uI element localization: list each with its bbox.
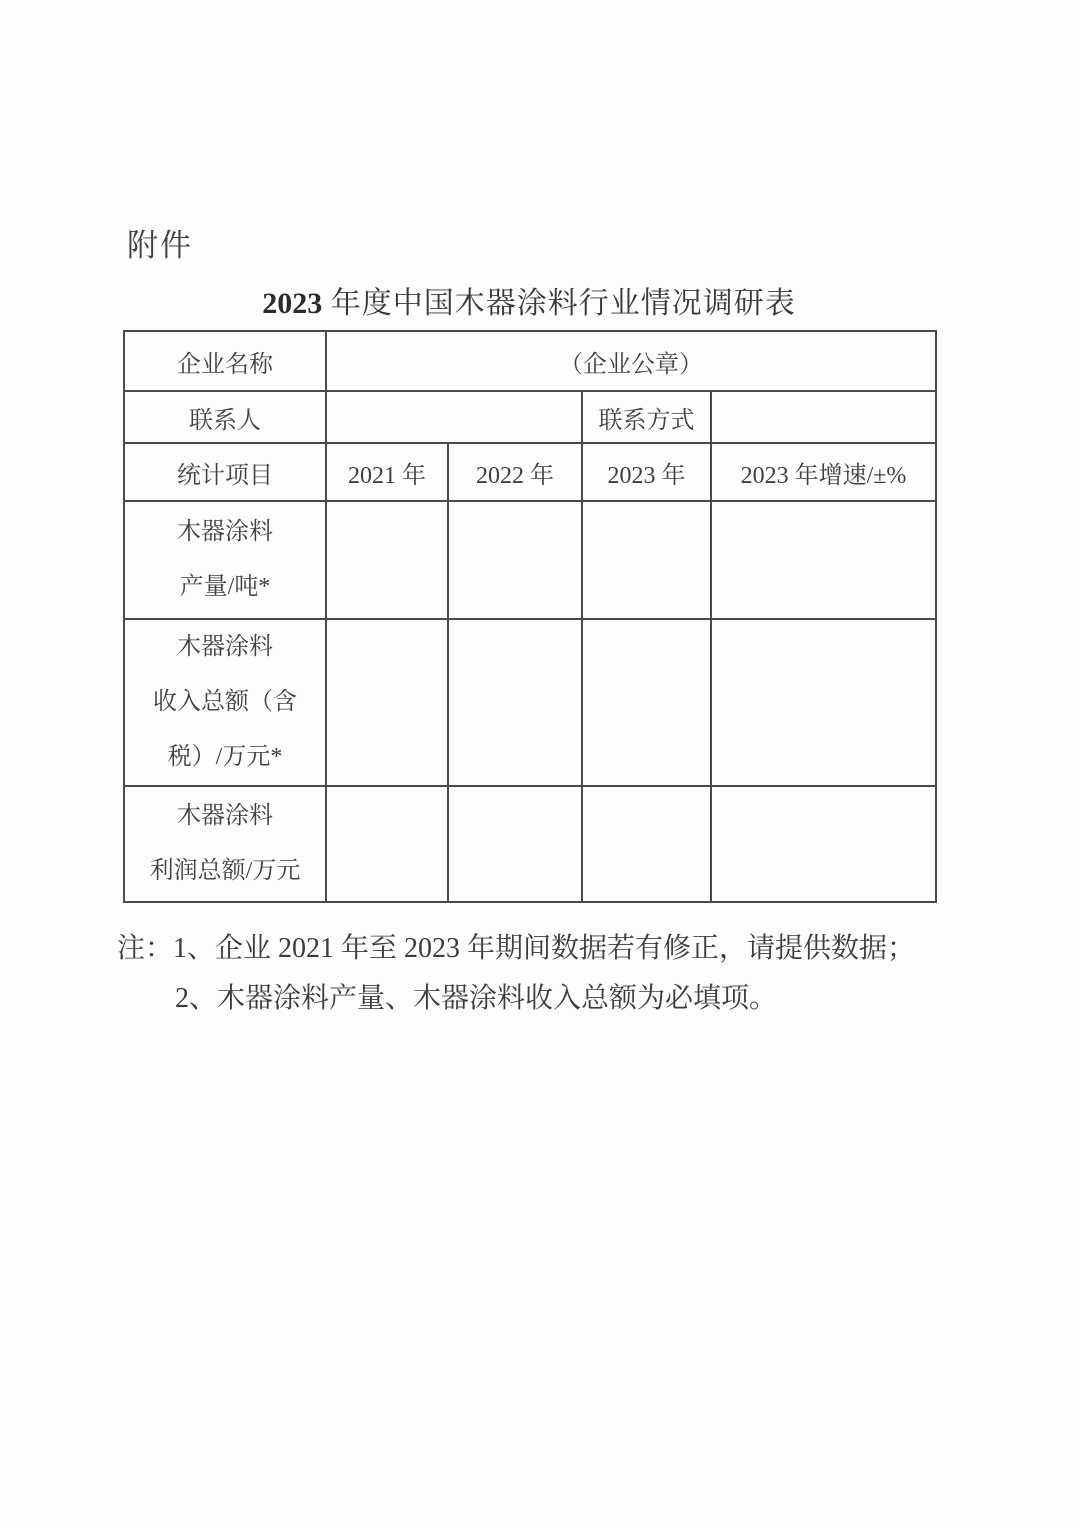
document-page: 附件 2023 年度中国木器涂料行业情况调研表 企业名称 （企业公章） 联系人 …: [0, 0, 1080, 1527]
row-label-revenue: 木器涂料 收入总额（含 税）/万元*: [124, 619, 326, 786]
note-line-1: 注：1、企业 2021 年至 2023 年期间数据若有修正，请提供数据；: [117, 924, 977, 974]
page-title-text: 年度中国木器涂料行业情况调研表: [322, 287, 796, 320]
table-row: 企业名称 （企业公章）: [124, 331, 936, 391]
note-line-2: 2、木器涂料产量、木器涂料收入总额为必填项。: [117, 974, 977, 1024]
empty-data-cell: [448, 786, 582, 902]
year-2021-header-cell: 2021 年: [326, 443, 448, 501]
company-seal-label-cell: （企业公章）: [326, 331, 936, 391]
table-row: 联系人 联系方式: [124, 391, 936, 443]
empty-data-cell: [711, 786, 936, 902]
empty-data-cell: [711, 619, 936, 786]
empty-data-cell: [582, 619, 711, 786]
row-label-production: 木器涂料 产量/吨*: [124, 501, 326, 619]
company-name-label-cell: 企业名称: [124, 331, 326, 391]
survey-table: 企业名称 （企业公章） 联系人 联系方式 统计项目 2021 年 2022 年 …: [123, 330, 937, 903]
table-row-production: 木器涂料 产量/吨*: [124, 501, 936, 619]
empty-data-cell: [448, 619, 582, 786]
empty-data-cell: [448, 501, 582, 619]
contact-method-input-cell: [711, 391, 936, 443]
table-row-revenue: 木器涂料 收入总额（含 税）/万元*: [124, 619, 936, 786]
empty-data-cell: [582, 786, 711, 902]
table-header-row: 统计项目 2021 年 2022 年 2023 年 2023 年增速/±%: [124, 443, 936, 501]
stat-item-header-cell: 统计项目: [124, 443, 326, 501]
notes-block: 注：1、企业 2021 年至 2023 年期间数据若有修正，请提供数据； 2、木…: [117, 924, 977, 1024]
page-title-year: 2023: [262, 287, 322, 320]
year-2022-header-cell: 2022 年: [448, 443, 582, 501]
contact-input-cell: [326, 391, 582, 443]
attachment-label: 附件: [127, 220, 193, 265]
table-row-profit: 木器涂料 利润总额/万元: [124, 786, 936, 902]
row-label-profit: 木器涂料 利润总额/万元: [124, 786, 326, 902]
empty-data-cell: [326, 786, 448, 902]
page-title: 2023 年度中国木器涂料行业情况调研表: [123, 278, 935, 322]
growth-2023-header-cell: 2023 年增速/±%: [711, 443, 936, 501]
empty-data-cell: [326, 501, 448, 619]
contact-method-label-cell: 联系方式: [582, 391, 711, 443]
empty-data-cell: [711, 501, 936, 619]
contact-label-cell: 联系人: [124, 391, 326, 443]
year-2023-header-cell: 2023 年: [582, 443, 711, 501]
empty-data-cell: [582, 501, 711, 619]
empty-data-cell: [326, 619, 448, 786]
